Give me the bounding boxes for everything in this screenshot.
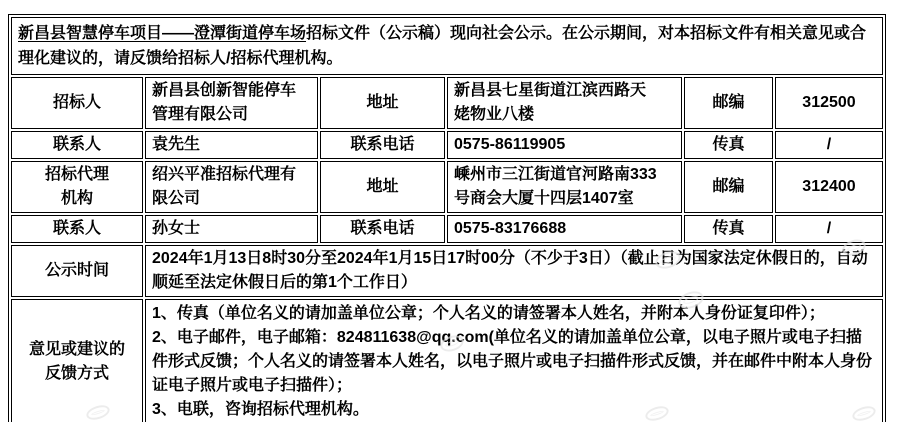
publicity-time-label: 公示时间 [11,245,143,297]
agency-contact-row: 联系人 孙女士 联系电话 0575-83176688 传真 / [11,215,883,243]
bidder-phone: 0575-86119905 [447,131,682,159]
bidder-fax: / [775,131,883,159]
bidder-name: 新昌县创新智能停车 管理有限公司 [145,77,318,129]
agency-address: 嵊州市三江街道官河路南333 号商会大厦十四层1407室 [447,161,682,213]
agency-postcode-label: 邮编 [684,161,773,213]
agency-phone-label: 联系电话 [320,215,445,243]
agency-contact-label: 联系人 [11,215,143,243]
agency-address-label: 地址 [320,161,445,213]
bidder-fax-label: 传真 [684,131,773,159]
bidder-contact-name: 袁先生 [145,131,318,159]
bidder-phone-label: 联系电话 [320,131,445,159]
bidder-address: 新昌县七星街道江滨西路天 姥物业八楼 [447,77,682,129]
agency-fax-label: 传真 [684,215,773,243]
bidder-contact-label: 联系人 [11,131,143,159]
feedback-label: 意见或建议的 反馈方式 [11,299,143,422]
bidder-row: 招标人 新昌县创新智能停车 管理有限公司 地址 新昌县七星街道江滨西路天 姥物业… [11,77,883,129]
agency-postcode: 312400 [775,161,883,213]
notice-row: 新昌县智慧停车项目——澄潭街道停车场招标文件（公示稿）现向社会公示。在公示期间，… [11,17,883,75]
announcement-table: 新昌县智慧停车项目——澄潭街道停车场招标文件（公示稿）现向社会公示。在公示期间，… [8,14,886,422]
notice-cell: 新昌县智慧停车项目——澄潭街道停车场招标文件（公示稿）现向社会公示。在公示期间，… [11,17,883,75]
bidder-postcode-label: 邮编 [684,77,773,129]
feedback-methods: 1、传真（单位名义的请加盖单位公章；个人名义的请签署本人姓名，并附本人身份证复印… [145,299,883,422]
bidder-postcode: 312500 [775,77,883,129]
agency-row: 招标代理 机构 绍兴平准招标代理有 限公司 地址 嵊州市三江街道官河路南333 … [11,161,883,213]
publicity-time-value: 2024年1月13日8时30分至2024年1月15日17时00分（不少于3日）（… [145,245,883,297]
agency-name: 绍兴平准招标代理有 限公司 [145,161,318,213]
bidder-contact-row: 联系人 袁先生 联系电话 0575-86119905 传真 / [11,131,883,159]
feedback-row: 意见或建议的 反馈方式 1、传真（单位名义的请加盖单位公章；个人名义的请签署本人… [11,299,883,422]
publicity-time-row: 公示时间 2024年1月13日8时30分至2024年1月15日17时00分（不少… [11,245,883,297]
bidder-label: 招标人 [11,77,143,129]
bidder-address-label: 地址 [320,77,445,129]
agency-phone: 0575-83176688 [447,215,682,243]
agency-contact-name: 孙女士 [145,215,318,243]
agency-label: 招标代理 机构 [11,161,143,213]
project-title-underlined: 新昌县智慧停车项目——澄潭街道停车场 [18,25,306,42]
agency-fax: / [775,215,883,243]
document-page: 新昌县智慧停车项目——澄潭街道停车场招标文件（公示稿）现向社会公示。在公示期间，… [0,0,903,422]
